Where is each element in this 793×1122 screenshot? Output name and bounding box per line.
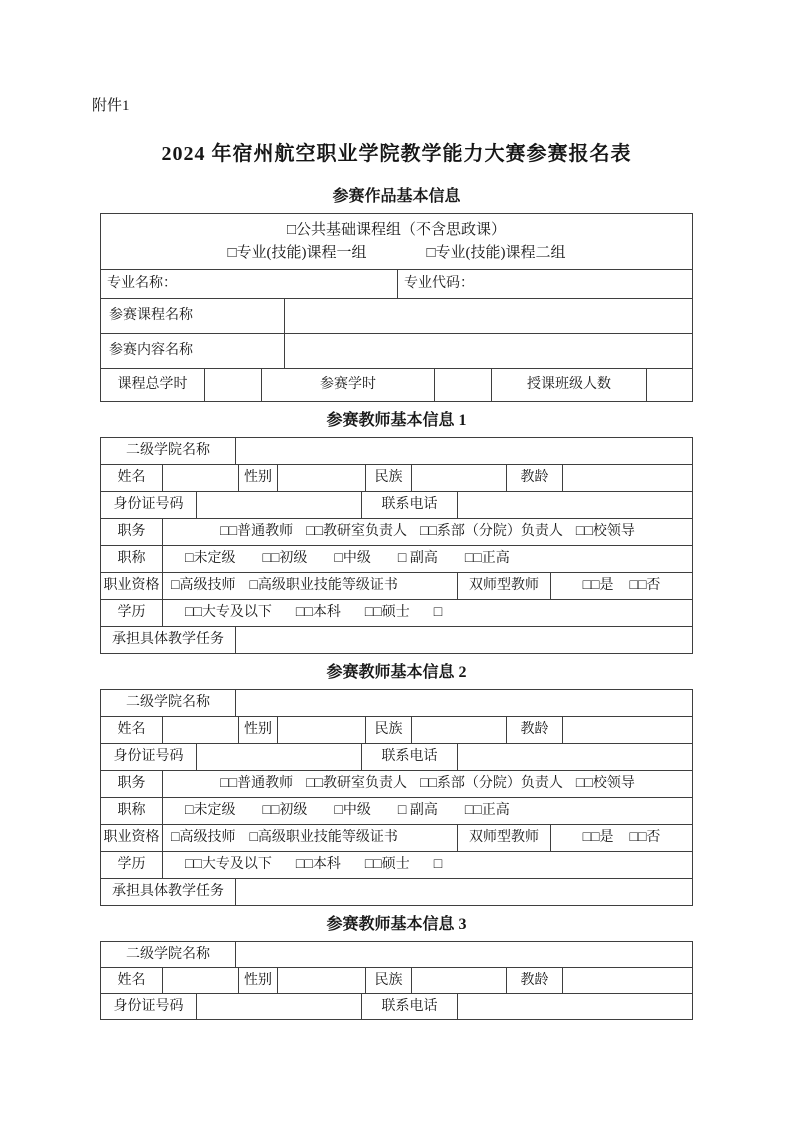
duty-options: □□普通教师 □□教研室负责人 □□系部（分院）负责人 □□校领导 <box>163 771 693 798</box>
title-row: 职称 □未定级 □□初级 □中级 □ 副高 □□正高 <box>101 798 693 825</box>
content-name-label: 参赛内容名称 <box>101 334 285 369</box>
id-number-field <box>197 744 362 771</box>
class-size-field <box>647 369 693 402</box>
checkbox-option-full-senior: □□正高 <box>465 802 510 820</box>
checkbox-option-college-or-below: □□大专及以下 <box>185 604 272 622</box>
ethnicity-label: 民族 <box>366 968 412 994</box>
duty-label: 职务 <box>101 519 163 546</box>
checkbox-option-full-senior: □□正高 <box>465 550 510 568</box>
id-number-field <box>197 994 362 1020</box>
college-name-label: 二级学院名称 <box>101 438 236 465</box>
attachment-label: 附件1 <box>92 97 793 115</box>
checkbox-option-ungraded: □未定级 <box>185 802 235 820</box>
content-name-field <box>285 334 693 369</box>
ethnicity-label: 民族 <box>366 465 412 492</box>
duty-row: 职务 □□普通教师 □□教研室负责人 □□系部（分院）负责人 □□校领导 <box>101 519 693 546</box>
teaching-years-field <box>563 968 693 994</box>
phone-label: 联系电话 <box>362 744 458 771</box>
name-field <box>163 465 239 492</box>
course-group-line2: □专业(技能)课程一组 □专业(技能)课程二组 <box>227 244 565 262</box>
name-row: 姓名 性别 民族 教龄 <box>101 717 693 744</box>
teaching-years-label: 教龄 <box>507 968 563 994</box>
checkbox-option-extra: □ <box>434 856 442 874</box>
id-number-label: 身份证号码 <box>101 492 197 519</box>
hours-row: 课程总学时 参赛学时 授课班级人数 <box>101 369 693 402</box>
duty-label: 职务 <box>101 771 163 798</box>
education-row: 学历 □□大专及以下 □□本科 □□硕士 □ <box>101 600 693 627</box>
qualification-options: □高级技师 □高级职业技能等级证书 <box>163 573 458 600</box>
college-name-field <box>236 690 693 717</box>
ethnicity-field <box>412 968 507 994</box>
name-row: 姓名 性别 民族 教龄 <box>101 968 693 994</box>
teaching-years-field <box>563 717 693 744</box>
education-row: 学历 □□大专及以下 □□本科 □□硕士 □ <box>101 852 693 879</box>
work-info-heading: 参赛作品基本信息 <box>0 186 793 208</box>
qualification-row: 职业资格 □高级技师 □高级职业技能等级证书 双师型教师 □□是 □□否 <box>101 825 693 852</box>
entry-hours-field <box>435 369 492 402</box>
checkbox-option-school-leader: □□校领导 <box>576 523 635 541</box>
tasks-row: 承担具体教学任务 <box>101 879 693 906</box>
dual-teacher-options: □□是 □□否 <box>551 825 693 852</box>
college-row: 二级学院名称 <box>101 942 693 968</box>
ethnicity-field <box>412 465 507 492</box>
ethnicity-label: 民族 <box>366 717 412 744</box>
dual-teacher-label: 双师型教师 <box>458 825 551 852</box>
teacher-info-heading-1: 参赛教师基本信息 1 <box>0 410 793 432</box>
teacher-table-2: 二级学院名称 姓名 性别 民族 教龄 身份证号码 联系电话 职务 □□普通教师 … <box>100 689 693 906</box>
phone-field <box>458 492 693 519</box>
qualification-label: 职业资格 <box>101 825 163 852</box>
name-label: 姓名 <box>101 717 163 744</box>
checkbox-option-dept-head: □□系部（分院）负责人 <box>420 775 563 793</box>
qualification-options: □高级技师 □高级职业技能等级证书 <box>163 825 458 852</box>
checkbox-option-intermediate: □中级 <box>334 802 370 820</box>
major-row: 专业名称： 专业代码： <box>101 270 693 299</box>
checkbox-option-college-or-below: □□大专及以下 <box>185 856 272 874</box>
checkbox-option-associate-senior: □ 副高 <box>398 802 438 820</box>
class-size-label: 授课班级人数 <box>492 369 647 402</box>
checkbox-option-ungraded: □未定级 <box>185 550 235 568</box>
total-hours-field <box>205 369 262 402</box>
dual-teacher-label: 双师型教师 <box>458 573 551 600</box>
dual-teacher-options: □□是 □□否 <box>551 573 693 600</box>
duty-options: □□普通教师 □□教研室负责人 □□系部（分院）负责人 □□校领导 <box>163 519 693 546</box>
checkbox-option-bachelor: □□本科 <box>296 856 341 874</box>
major-code-label: 专业代码： <box>398 270 693 299</box>
education-label: 学历 <box>101 600 163 627</box>
title-label: 职称 <box>101 546 163 573</box>
checkbox-option-dual-no: □□否 <box>630 829 661 847</box>
college-name-label: 二级学院名称 <box>101 942 236 968</box>
checkbox-option-master: □□硕士 <box>365 856 410 874</box>
course-name-row: 参赛课程名称 <box>101 299 693 334</box>
college-name-label: 二级学院名称 <box>101 690 236 717</box>
id-number-label: 身份证号码 <box>101 744 197 771</box>
course-group-options-cell: □公共基础课程组（不含思政课） □专业(技能)课程一组 □专业(技能)课程二组 <box>101 214 693 270</box>
checkbox-option-dual-no: □□否 <box>630 577 661 595</box>
qualification-label: 职业资格 <box>101 573 163 600</box>
teacher-table-3: 二级学院名称 姓名 性别 民族 教龄 身份证号码 联系电话 <box>100 941 693 1020</box>
major-name-label: 专业名称： <box>101 270 398 299</box>
education-options: □□大专及以下 □□本科 □□硕士 □ <box>163 600 693 627</box>
checkbox-option-senior-technician: □高级技师 <box>171 577 235 595</box>
checkbox-option-public-basic: □公共基础课程组（不含思政课） <box>287 221 506 239</box>
teaching-years-label: 教龄 <box>507 465 563 492</box>
teacher-info-heading-3: 参赛教师基本信息 3 <box>0 914 793 936</box>
id-number-label: 身份证号码 <box>101 994 197 1020</box>
checkbox-option-dual-yes: □□是 <box>583 577 614 595</box>
id-row: 身份证号码 联系电话 <box>101 994 693 1020</box>
name-label: 姓名 <box>101 465 163 492</box>
checkbox-option-intermediate: □中级 <box>334 550 370 568</box>
college-row: 二级学院名称 <box>101 438 693 465</box>
checkbox-option-senior-technician: □高级技师 <box>171 829 235 847</box>
teacher-table-1: 二级学院名称 姓名 性别 民族 教龄 身份证号码 联系电话 职务 □□普通教师 … <box>100 437 693 654</box>
id-row: 身份证号码 联系电话 <box>101 492 693 519</box>
checkbox-option-office-head: □□教研室负责人 <box>306 775 407 793</box>
gender-field <box>278 465 366 492</box>
checkbox-option-dept-head: □□系部（分院）负责人 <box>420 523 563 541</box>
qualification-row: 职业资格 □高级技师 □高级职业技能等级证书 双师型教师 □□是 □□否 <box>101 573 693 600</box>
checkbox-option-associate-senior: □ 副高 <box>398 550 438 568</box>
course-group-line1: □公共基础课程组（不含思政课） <box>287 221 506 239</box>
id-number-field <box>197 492 362 519</box>
checkbox-option-skill-certificate: □高级职业技能等级证书 <box>249 577 397 595</box>
teaching-years-label: 教龄 <box>507 717 563 744</box>
checkbox-option-extra: □ <box>434 604 442 622</box>
content-name-row: 参赛内容名称 <box>101 334 693 369</box>
education-label: 学历 <box>101 852 163 879</box>
title-row: 职称 □未定级 □□初级 □中级 □ 副高 □□正高 <box>101 546 693 573</box>
tasks-label: 承担具体教学任务 <box>101 627 236 654</box>
teaching-years-field <box>563 465 693 492</box>
teacher-info-heading-2: 参赛教师基本信息 2 <box>0 662 793 684</box>
name-field <box>163 968 239 994</box>
checkbox-option-junior: □□初级 <box>262 550 307 568</box>
checkbox-option-skill-certificate: □高级职业技能等级证书 <box>249 829 397 847</box>
phone-field <box>458 744 693 771</box>
checkbox-option-major-group1: □专业(技能)课程一组 <box>227 244 366 262</box>
education-options: □□大专及以下 □□本科 □□硕士 □ <box>163 852 693 879</box>
checkbox-option-junior: □□初级 <box>262 802 307 820</box>
gender-label: 性别 <box>239 717 278 744</box>
name-label: 姓名 <box>101 968 163 994</box>
checkbox-option-dual-yes: □□是 <box>583 829 614 847</box>
duty-row: 职务 □□普通教师 □□教研室负责人 □□系部（分院）负责人 □□校领导 <box>101 771 693 798</box>
college-name-field <box>236 438 693 465</box>
id-row: 身份证号码 联系电话 <box>101 744 693 771</box>
gender-field <box>278 968 366 994</box>
phone-label: 联系电话 <box>362 492 458 519</box>
course-name-label: 参赛课程名称 <box>101 299 285 334</box>
checkbox-option-ordinary-teacher: □□普通教师 <box>220 775 293 793</box>
checkbox-option-office-head: □□教研室负责人 <box>306 523 407 541</box>
form-title: 2024 年宿州航空职业学院教学能力大赛参赛报名表 <box>0 141 793 168</box>
ethnicity-field <box>412 717 507 744</box>
course-group-row: □公共基础课程组（不含思政课） □专业(技能)课程一组 □专业(技能)课程二组 <box>101 214 693 270</box>
entry-hours-label: 参赛学时 <box>262 369 435 402</box>
gender-label: 性别 <box>239 968 278 994</box>
name-field <box>163 717 239 744</box>
checkbox-option-ordinary-teacher: □□普通教师 <box>220 523 293 541</box>
tasks-label: 承担具体教学任务 <box>101 879 236 906</box>
phone-label: 联系电话 <box>362 994 458 1020</box>
document-page: 附件1 2024 年宿州航空职业学院教学能力大赛参赛报名表 参赛作品基本信息 □… <box>0 0 793 1122</box>
college-name-field <box>236 942 693 968</box>
work-info-table: □公共基础课程组（不含思政课） □专业(技能)课程一组 □专业(技能)课程二组 … <box>100 213 693 402</box>
title-options: □未定级 □□初级 □中级 □ 副高 □□正高 <box>163 546 693 573</box>
checkbox-option-major-group2: □专业(技能)课程二组 <box>427 244 566 262</box>
checkbox-option-master: □□硕士 <box>365 604 410 622</box>
title-label: 职称 <box>101 798 163 825</box>
tasks-row: 承担具体教学任务 <box>101 627 693 654</box>
tasks-field <box>236 879 693 906</box>
checkbox-option-school-leader: □□校领导 <box>576 775 635 793</box>
college-row: 二级学院名称 <box>101 690 693 717</box>
gender-label: 性别 <box>239 465 278 492</box>
tasks-field <box>236 627 693 654</box>
name-row: 姓名 性别 民族 教龄 <box>101 465 693 492</box>
phone-field <box>458 994 693 1020</box>
gender-field <box>278 717 366 744</box>
course-name-field <box>285 299 693 334</box>
total-hours-label: 课程总学时 <box>101 369 205 402</box>
checkbox-option-bachelor: □□本科 <box>296 604 341 622</box>
title-options: □未定级 □□初级 □中级 □ 副高 □□正高 <box>163 798 693 825</box>
